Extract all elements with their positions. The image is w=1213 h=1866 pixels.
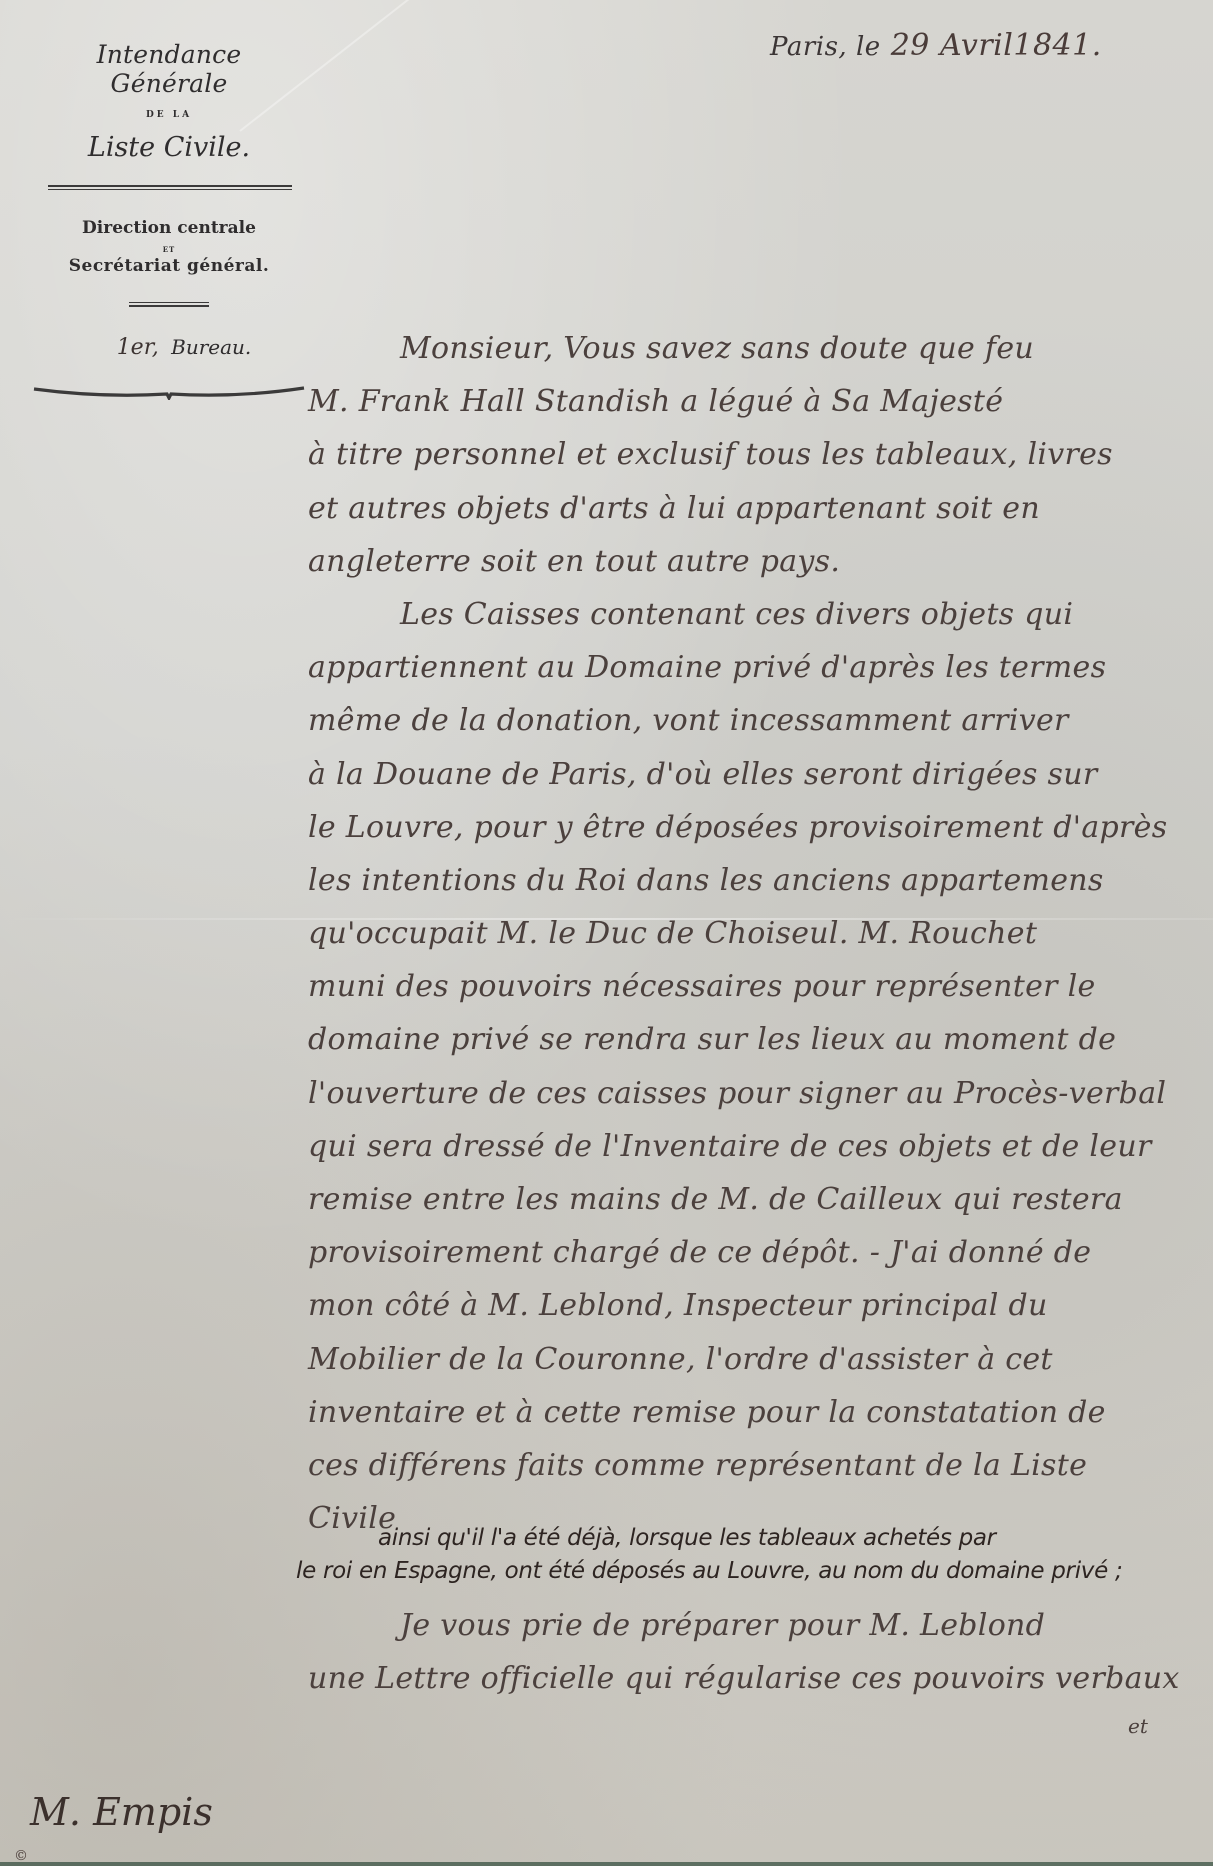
bureau-label: Bureau. [171,335,251,359]
letterhead-liste-civile: Liste Civile. [38,132,300,163]
bureau-number: 1er, [117,335,159,360]
letterhead-intendance: Intendance Générale [38,40,300,98]
body-line: et autres objets d'arts à lui appartenan… [308,482,1213,535]
body-line: domaine privé se rendra sur les lieux au… [308,1013,1213,1066]
letterhead-de-la: DE LA [38,110,300,120]
page-continuation-word: et [1128,1714,1148,1738]
handwritten-insertion-line-1: ainsi qu'il l'a été déjà, lorsque les ta… [378,1525,996,1551]
addressee: M. Empis [30,1790,213,1834]
body-line: remise entre les mains de M. de Cailleux… [308,1173,1213,1226]
letter-body: Monsieur, Vous savez sans doute que feu … [308,322,1213,1705]
body-line: inventaire et à cette remise pour la con… [308,1386,1213,1439]
letter-date: Paris, le 29 Avril1841. [770,28,1102,63]
date-year: 1841. [1013,28,1101,63]
body-line: qu'occupait M. le Duc de Choiseul. M. Ro… [308,907,1213,960]
letter-page: Intendance Générale DE LA Liste Civile. … [0,0,1213,1866]
body-line: angleterre soit en tout autre pays. [308,535,1213,588]
body-line: muni des pouvoirs nécessaires pour repré… [308,960,1213,1013]
body-line: mon côté à M. Leblond, Inspecteur princi… [308,1279,1213,1332]
handwritten-insertion-line-2: le roi en Espagne, ont été déposés au Lo… [296,1558,1122,1584]
letterhead: Intendance Générale DE LA Liste Civile. … [38,30,300,404]
body-line: appartiennent au Domaine privé d'après l… [308,641,1213,694]
body-line: Je vous prie de préparer pour M. Leblond [308,1599,1213,1652]
body-line: qui sera dressé de l'Inventaire de ces o… [308,1120,1213,1173]
letterhead-short-rule [129,302,209,307]
letterhead-direction: Direction centrale [38,218,300,238]
body-line: les intentions du Roi dans les anciens a… [308,854,1213,907]
letterhead-et: ET [38,245,300,254]
letterhead-swash-rule [32,384,306,404]
body-line: à titre personnel et exclusif tous les t… [308,428,1213,481]
body-line: ces différens faits comme représentant d… [308,1439,1213,1492]
date-day: 29 [891,28,930,63]
body-line: à la Douane de Paris, d'où elles seront … [308,748,1213,801]
body-line: provisoirement chargé de ce dépôt. - J'a… [308,1226,1213,1279]
body-line: Mobilier de la Couronne, l'ordre d'assis… [308,1333,1213,1386]
body-line: le Louvre, pour y être déposées provisoi… [308,801,1213,854]
body-line: une Lettre officielle qui régularise ces… [308,1652,1213,1705]
body-line: M. Frank Hall Standish a légué à Sa Maje… [308,375,1213,428]
body-line: même de la donation, vont incessamment a… [308,694,1213,747]
body-line: Monsieur, Vous savez sans doute que feu [308,322,1213,375]
letterhead-double-rule [48,185,292,190]
date-place: Paris, le [770,32,881,62]
background-edge [0,1862,1213,1866]
letterhead-secretariat: Secrétariat général. [38,256,300,276]
body-line: Les Caisses contenant ces divers objets … [308,588,1213,641]
body-line: l'ouverture de ces caisses pour signer a… [308,1067,1213,1120]
letterhead-bureau: 1er, Bureau. [38,335,300,360]
date-month: Avril [940,28,1013,63]
